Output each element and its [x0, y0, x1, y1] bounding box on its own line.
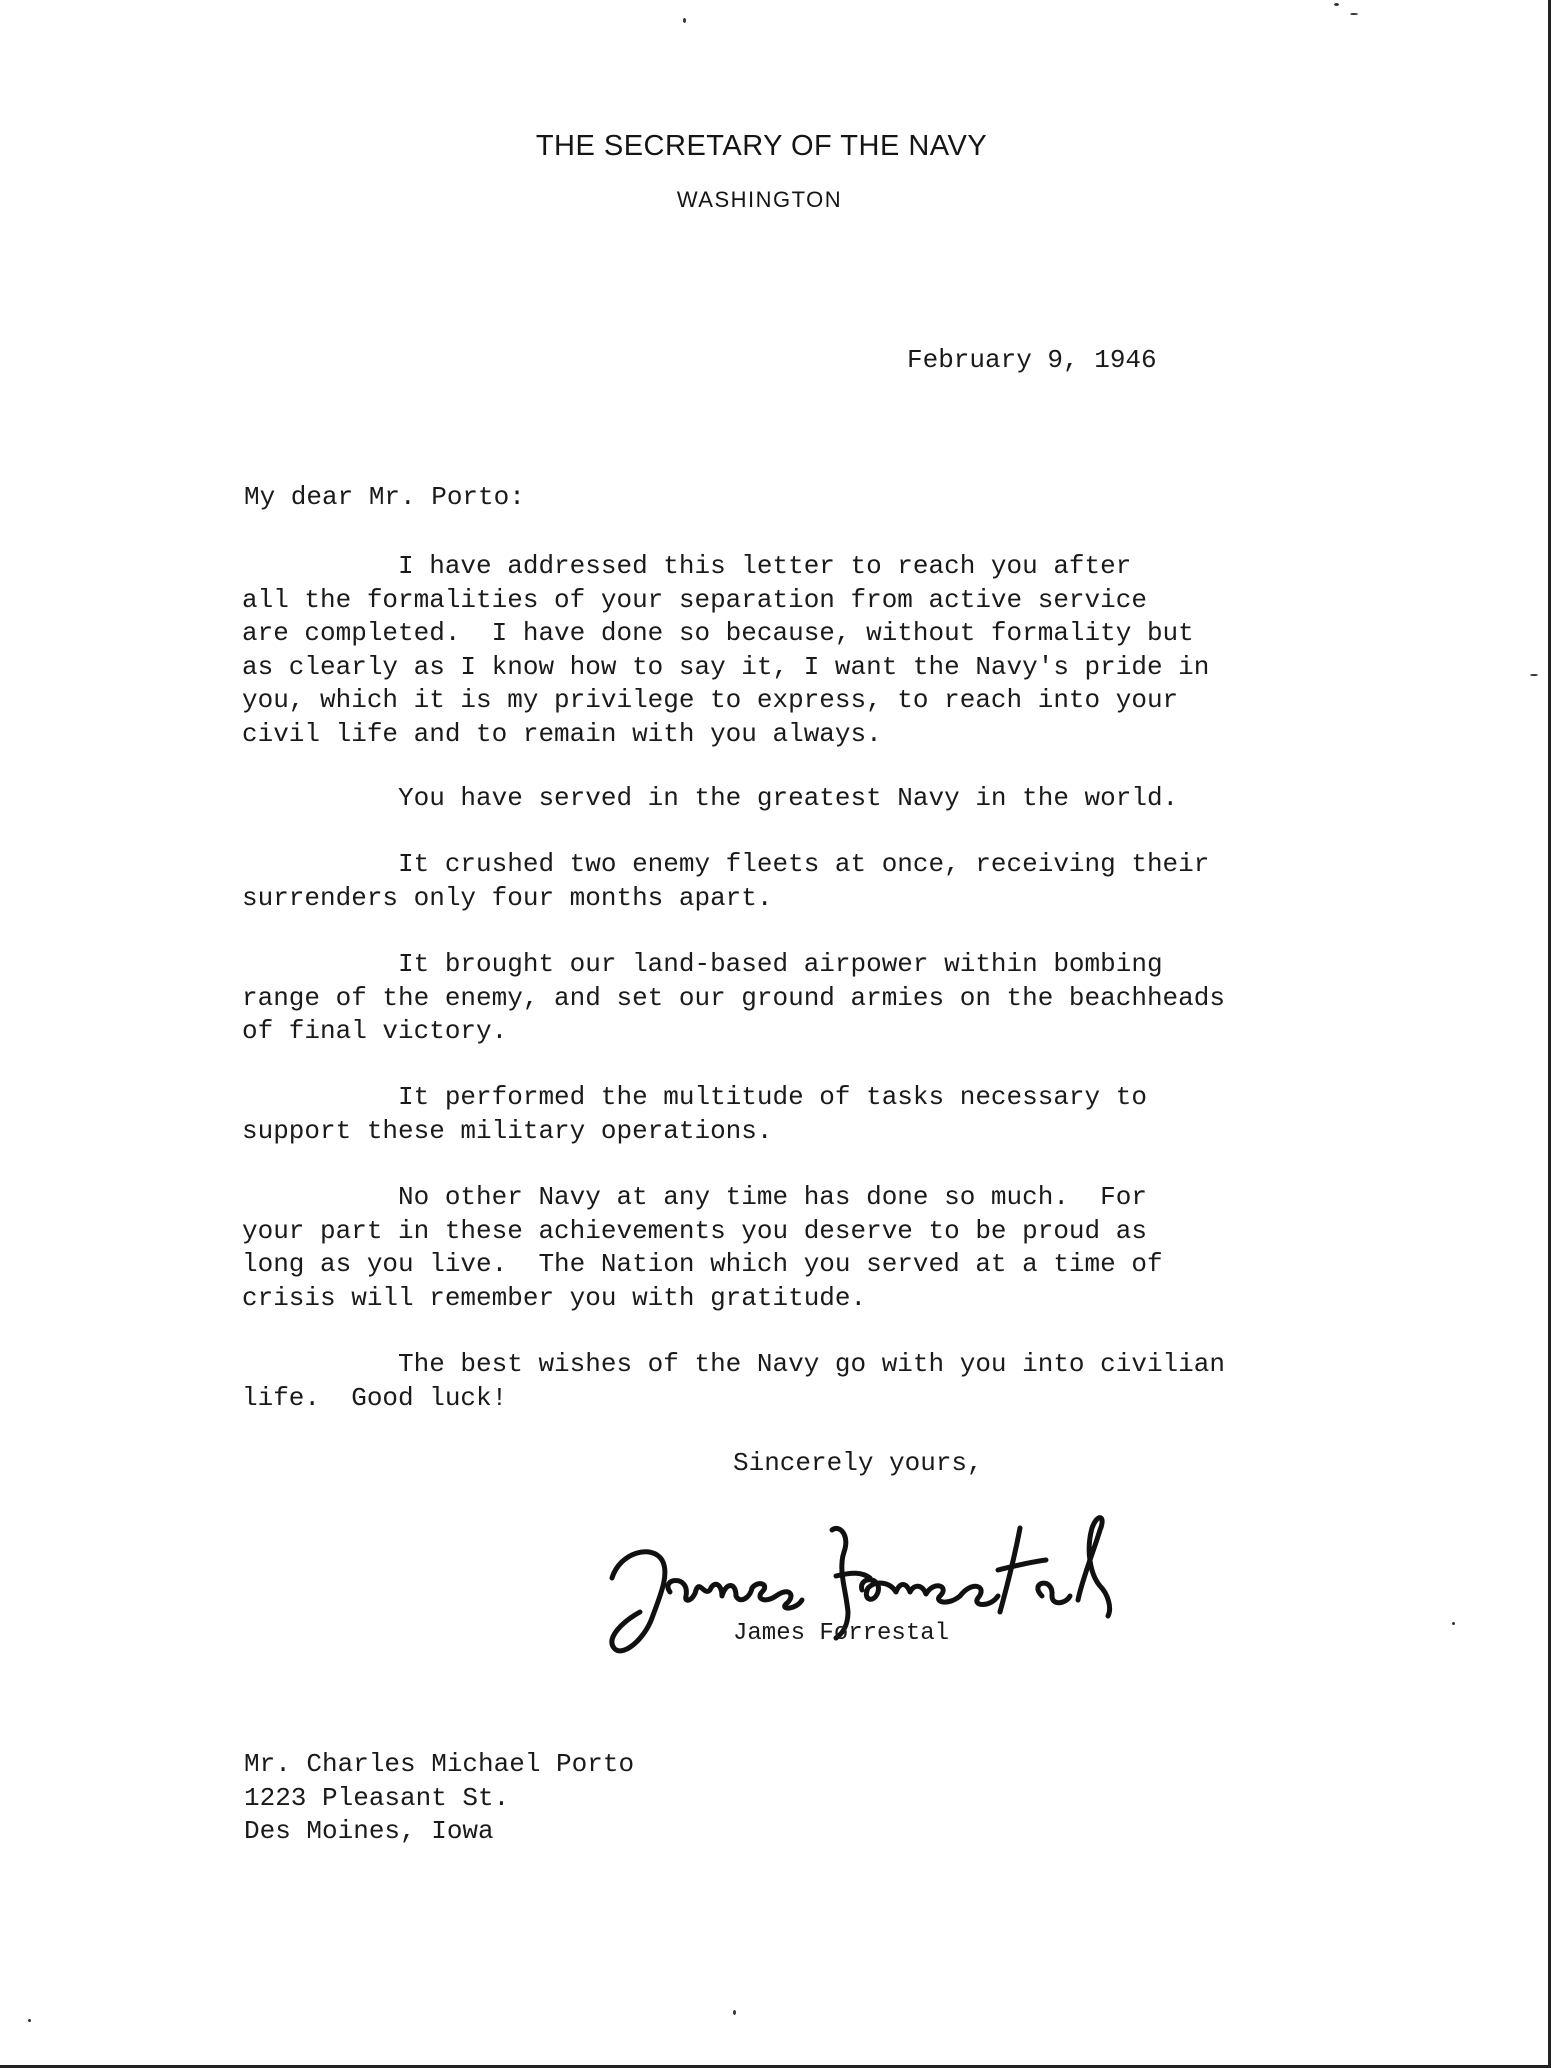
letterhead-location: WASHINGTON	[0, 187, 1535, 213]
scan-speck	[733, 2010, 736, 2015]
scan-speck	[1350, 13, 1358, 15]
letterhead-title: THE SECRETARY OF THE NAVY	[0, 130, 1537, 163]
paragraph-3: It crushed two enemy fleets at once, rec…	[242, 848, 1209, 915]
salutation: My dear Mr. Porto:	[244, 481, 525, 515]
paragraph-6: No other Navy at any time has done so mu…	[242, 1181, 1163, 1315]
signer-typed-name: James Forrestal	[733, 1617, 949, 1651]
letter-date: February 9, 1946	[907, 344, 1157, 378]
paragraph-5: It performed the multitude of tasks nece…	[242, 1081, 1147, 1148]
scan-speck	[28, 2019, 31, 2022]
paragraph-1: I have addressed this letter to reach yo…	[242, 550, 1209, 751]
letter-page: THE SECRETARY OF THE NAVY WASHINGTON Feb…	[0, 0, 1551, 2068]
paragraph-4: It brought our land-based airpower withi…	[242, 948, 1225, 1049]
scan-speck	[1452, 1622, 1455, 1625]
closing: Sincerely yours,	[733, 1447, 983, 1481]
scan-speck	[683, 18, 686, 23]
recipient-address: Mr. Charles Michael Porto 1223 Pleasant …	[244, 1748, 634, 1849]
scan-speck	[1334, 3, 1339, 6]
paragraph-7: The best wishes of the Navy go with you …	[242, 1348, 1225, 1415]
paragraph-2: You have served in the greatest Navy in …	[242, 782, 1178, 816]
scan-speck	[1530, 674, 1538, 676]
